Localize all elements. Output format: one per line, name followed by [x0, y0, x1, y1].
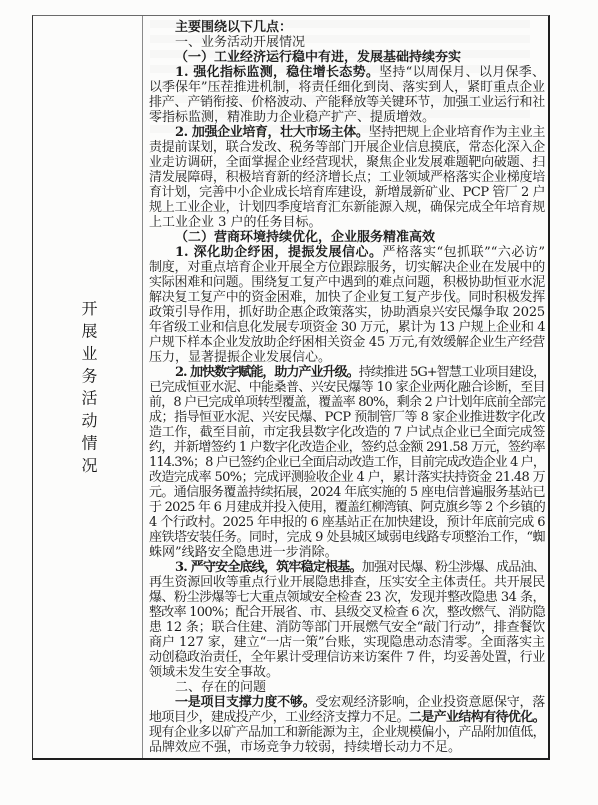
text-line: 整改率 100%；配合开展省、市、县级交叉检查 6 次，整改燃气、消防隐 — [149, 605, 545, 620]
text-line: 现有企业多以矿产品加工和新能源为主，企业规模偏小，产品附加值低， — [149, 725, 545, 740]
text-line: 育计划，完善中小企业成长培育库建设，新增晟新矿业、PCP 管厂 2 户 — [149, 185, 545, 200]
text-line: 4 个行政村。2025 年申报的 6 座基站正在加快建设，预计年底前完成 6 — [149, 515, 545, 530]
bold-phrase: 3. 严守安全底线，筑牢稳定根基。 — [175, 560, 362, 575]
text-segment: 加强对民爆、粉尘涉爆、成品油、 — [362, 560, 545, 575]
text-line: 商户 127 家，建立“一店一策”台账，实现隐患动态清零。全面落实主 — [149, 635, 545, 650]
text-line: 造工作，截至目前，市定我县数字化改造的 7 户试点企业已全面完成签 — [149, 425, 545, 440]
text-segment: 约，并新增签约 1 户数字化改造企业，签约总金额 291.58 万元，签约率 — [149, 440, 545, 455]
text-segment: 年省级工业和信息化发展专项资金 30 万元，累计为 13 户规上企业和 4 — [149, 320, 545, 335]
text-line: 零指标监测，精准助力企业稳产扩产、提质增效。 — [149, 110, 545, 125]
bold-phrase: 1. 强化指标监测，稳住增长态势。 — [175, 65, 379, 80]
text-line: 品牌效应不强，市场竞争力较弱，持续增长动力不足。 — [149, 740, 545, 755]
document-page: 开展业务活动情况 主要围绕以下几点：一、业务活动开展情况（一）工业经济运行稳中有… — [0, 0, 598, 805]
text-segment: 解决复工复产中的资金困难，加快了企业复工复产步伐。同时积极发挥 — [149, 290, 545, 305]
subsection-heading: （一）工业经济运行稳中有进，发展基础持续夯实 — [149, 50, 545, 65]
text-line: 清发展障碍，积极培育新的经济增长点；工业领域严格落实企业梯度培 — [149, 170, 545, 185]
text-segment: 蛛网”线路安全隐患进一步消除。 — [149, 545, 338, 560]
text-segment: 商户 127 家，建立“一店一策”台账，实现隐患动态清零。全面落实主 — [149, 635, 545, 650]
text-segment: 地项目少，建成投产少，工业经济支撑力不足。 — [149, 710, 409, 725]
text-line: 再生资源回收等重点行业开展隐患排查，压实安全主体责任。共开展民 — [149, 575, 545, 590]
text-line: 业走访调研，全面掌握企业经营现状，聚焦企业发展难题靶向破题、扫 — [149, 155, 545, 170]
text-line: 年省级工业和信息化发展专项资金 30 万元，累计为 13 户规上企业和 4 — [149, 320, 545, 335]
text-line: 排产、产销衔接、价格波动、产能释放等关键环节，加强工业运行和社 — [149, 95, 545, 110]
text-segment: 114.3%；8 户已签约企业已全面启动改造工作，目前完成改造企业 4 户， — [149, 455, 545, 470]
text-line: 压力，显著提振企业发展信心。 — [149, 350, 545, 365]
bold-phrase: 2. 加快数字赋能，助力产业升级。 — [175, 365, 359, 380]
text-line: 规上工业企业，计划四季度培育汇东新能源入规，确保完成全年培育规 — [149, 200, 545, 215]
text-segment: 育计划，完善中小企业成长培育库建设，新增晟新矿业、PCP 管厂 2 户 — [149, 185, 545, 200]
text-line: 政策引导作用，抓好助企惠企政策落实，协助酒泉兴安民爆争取 2025 — [149, 305, 545, 320]
text-segment: 元。通信服务覆盖持续拓展，2024 年底实施的 5 座电信普遍服务基站已 — [149, 485, 545, 500]
row-header-cell: 开展业务活动情况 — [33, 16, 143, 758]
text-line: 一是项目支撑力度不够。受宏观经济影响，企业投资意愿保守，落 — [149, 695, 545, 710]
text-line: 上工业企业 3 户的任务目标。 — [149, 215, 545, 230]
text-line: 成；指导恒亚水泥、兴安民爆、PCP 预制管厂等 8 家企业推进数字化改 — [149, 410, 545, 425]
text-segment: 持续推进 5G+智慧工业项目建设， — [359, 365, 545, 380]
text-line: 3. 严守安全底线，筑牢稳定根基。加强对民爆、粉尘涉爆、成品油、 — [149, 560, 545, 575]
bold-phrase: 一是项目支撑力度不够。 — [175, 695, 315, 710]
text-line: 制度，对重点培育企业开展全方位跟踪服务，切实解决企业在发展中的 — [149, 260, 545, 275]
text-segment: 坚持把规上企业培育作为主业主 — [368, 125, 545, 140]
text-segment: 以季保年”压茬推进机制，将责任细化到岗、落实到人，紧盯重点企业 — [149, 80, 545, 95]
text-line: 动创稳政治责任，全年累计受理信访来访案件 7 件，均妥善处置，行业 — [149, 650, 545, 665]
text-line: 1. 深化助企纾困，提振发展信心。严格落实“包抓联”“六必访” — [149, 245, 545, 260]
text-segment: 成；指导恒亚水泥、兴安民爆、PCP 预制管厂等 8 家企业推进数字化改 — [149, 410, 545, 425]
text-line: 已完成恒亚水泥、中能桑普、兴安民爆等 10 家企业两化融合诊断，至目 — [149, 380, 545, 395]
text-segment: 实际困难和问题。围绕复工复产中遇到的难点问题，积极协助恒亚水泥 — [149, 275, 545, 290]
text-segment: 整改率 100%；配合开展省、市、县级交叉检查 6 次，整改燃气、消防隐 — [149, 605, 545, 620]
bold-phrase: 2. 加强企业培育，壮大市场主体。 — [175, 125, 368, 140]
text-segment: 现有企业多以矿产品加工和新能源为主，企业规模偏小，产品附加值低， — [149, 725, 545, 740]
text-line: 2. 加快数字赋能，助力产业升级。持续推进 5G+智慧工业项目建设， — [149, 365, 545, 380]
bold-phrase: 二是产业结构有待优化。 — [409, 710, 545, 725]
text-segment: 品牌效应不强，市场竞争力较弱，持续增长动力不足。 — [149, 740, 461, 755]
text-segment: 规上工业企业，计划四季度培育汇东新能源入规，确保完成全年培育规 — [149, 200, 545, 215]
text-segment: 再生资源回收等重点行业开展隐患排查，压实安全主体责任。共开展民 — [149, 575, 545, 590]
text-segment: 零指标监测，精准助力企业稳产扩产、提质增效。 — [149, 110, 435, 125]
text-segment: 上工业企业 3 户的任务目标。 — [149, 215, 322, 230]
bold-phrase: 主要围绕以下几点： — [175, 20, 292, 35]
text-line: 1. 强化指标监测，稳住增长态势。坚持“以周保月、以月保季、 — [149, 65, 545, 80]
text-segment: 压力，显著提振企业发展信心。 — [149, 350, 331, 365]
text-segment: 一、业务活动开展情况 — [175, 35, 305, 50]
text-line: 户规下样本企业发放助企纾困相关资金 45 万元,有效缓解企业生产经营 — [149, 335, 545, 350]
text-segment: 动创稳政治责任，全年累计受理信访来访案件 7 件，均妥善处置，行业 — [149, 650, 545, 665]
text-line: 2. 加强企业培育，壮大市场主体。坚持把规上企业培育作为主业主 — [149, 125, 545, 140]
text-segment: 受宏观经济影响，企业投资意愿保守，落 — [315, 695, 545, 710]
text-segment: 领域未发生安全事故。 — [149, 665, 279, 680]
bold-phrase: 1. 深化助企纾困，提振发展信心。 — [175, 245, 382, 260]
text-line: 约，并新增签约 1 户数字化改造企业，签约总金额 291.58 万元，签约率 — [149, 440, 545, 455]
text-line: 领域未发生安全事故。 — [149, 665, 545, 680]
text-segment: 改造完成率 50%；完成评测验收企业 4 户，累计落实扶持资金 21.48 万 — [149, 470, 545, 485]
text-line: 责提前谋划，联合发改、税务等部门开展企业信息摸底，常态化深入企 — [149, 140, 545, 155]
text-line: 患 12 条；联合住建、消防等部门开展燃气安全“敲门行动”，排查餐饮 — [149, 620, 545, 635]
text-segment: 严格落实“包抓联”“六必访” — [382, 245, 545, 260]
row-header-label: 开展业务活动情况 — [79, 300, 97, 479]
text-segment: 排产、产销衔接、价格波动、产能释放等关键环节，加强工业运行和社 — [149, 95, 545, 110]
text-line: 前，8 户已完成单项转型覆盖，覆盖率 80%，剩余 2 户计划年底前全部完 — [149, 395, 545, 410]
bold-phrase: （二）营商环境持续优化，企业服务精准高效 — [175, 230, 435, 245]
report-table: 开展业务活动情况 主要围绕以下几点：一、业务活动开展情况（一）工业经济运行稳中有… — [32, 15, 550, 760]
row-content-cell: 主要围绕以下几点：一、业务活动开展情况（一）工业经济运行稳中有进，发展基础持续夯… — [144, 16, 548, 758]
text-line: 元。通信服务覆盖持续拓展，2024 年底实施的 5 座电信普遍服务基站已 — [149, 485, 545, 500]
text-line: 地项目少，建成投产少，工业经济支撑力不足。二是产业结构有待优化。 — [149, 710, 545, 725]
bold-phrase: （一）工业经济运行稳中有进，发展基础持续夯实 — [175, 50, 461, 65]
text-line: 爆、粉尘涉爆等七大重点领域安全检查 23 次，发现并整改隐患 34 条， — [149, 590, 545, 605]
text-line: 以季保年”压茬推进机制，将责任细化到岗、落实到人，紧盯重点企业 — [149, 80, 545, 95]
text-segment: 造工作，截至目前，市定我县数字化改造的 7 户试点企业已全面完成签 — [149, 425, 545, 440]
text-line: 于 2025 年 6 月建成并投入使用，覆盖红柳湾镇、阿克旗乡等 2 个乡镇的 — [149, 500, 545, 515]
text-segment: 政策引导作用，抓好助企惠企政策落实，协助酒泉兴安民爆争取 2025 — [149, 305, 545, 320]
text-segment: 坚持“以周保月、以月保季、 — [379, 65, 545, 80]
text-line: 114.3%；8 户已签约企业已全面启动改造工作，目前完成改造企业 4 户， — [149, 455, 545, 470]
text-line: 座铁塔安装任务。同时，完成 9 处县城区域弱电线路专项整治工作，“蜘 — [149, 530, 545, 545]
text-segment: 户规下样本企业发放助企纾困相关资金 45 万元,有效缓解企业生产经营 — [149, 335, 545, 350]
text-line: 蛛网”线路安全隐患进一步消除。 — [149, 545, 545, 560]
text-segment: 前，8 户已完成单项转型覆盖，覆盖率 80%，剩余 2 户计划年底前全部完 — [149, 395, 545, 410]
subsection-heading: （二）营商环境持续优化，企业服务精准高效 — [149, 230, 545, 245]
text-segment: 患 12 条；联合住建、消防等部门开展燃气安全“敲门行动”，排查餐饮 — [149, 620, 545, 635]
text-segment: 业走访调研，全面掌握企业经营现状，聚焦企业发展难题靶向破题、扫 — [149, 155, 545, 170]
text-segment: 二、存在的问题 — [175, 680, 266, 695]
text-line: 改造完成率 50%；完成评测验收企业 4 户，累计落实扶持资金 21.48 万 — [149, 470, 545, 485]
text-line: 实际困难和问题。围绕复工复产中遇到的难点问题，积极协助恒亚水泥 — [149, 275, 545, 290]
text-segment: 已完成恒亚水泥、中能桑普、兴安民爆等 10 家企业两化融合诊断，至目 — [149, 380, 545, 395]
section-heading: 一、业务活动开展情况 — [149, 35, 545, 50]
text-segment: 座铁塔安装任务。同时，完成 9 处县城区域弱电线路专项整治工作，“蜘 — [149, 530, 545, 545]
text-segment: 责提前谋划，联合发改、税务等部门开展企业信息摸底，常态化深入企 — [149, 140, 545, 155]
section-heading: 二、存在的问题 — [149, 680, 545, 695]
text-segment: 清发展障碍，积极培育新的经济增长点；工业领域严格落实企业梯度培 — [149, 170, 545, 185]
text-segment: 4 个行政村。2025 年申报的 6 座基站正在加快建设，预计年底前完成 6 — [149, 515, 545, 530]
text-segment: 爆、粉尘涉爆等七大重点领域安全检查 23 次，发现并整改隐患 34 条， — [149, 590, 545, 605]
text-line: 解决复工复产中的资金困难，加快了企业复工复产步伐。同时积极发挥 — [149, 290, 545, 305]
intro-heading: 主要围绕以下几点： — [149, 20, 545, 35]
text-segment: 制度，对重点培育企业开展全方位跟踪服务，切实解决企业在发展中的 — [149, 260, 545, 275]
text-segment: 于 2025 年 6 月建成并投入使用，覆盖红柳湾镇、阿克旗乡等 2 个乡镇的 — [149, 500, 545, 515]
